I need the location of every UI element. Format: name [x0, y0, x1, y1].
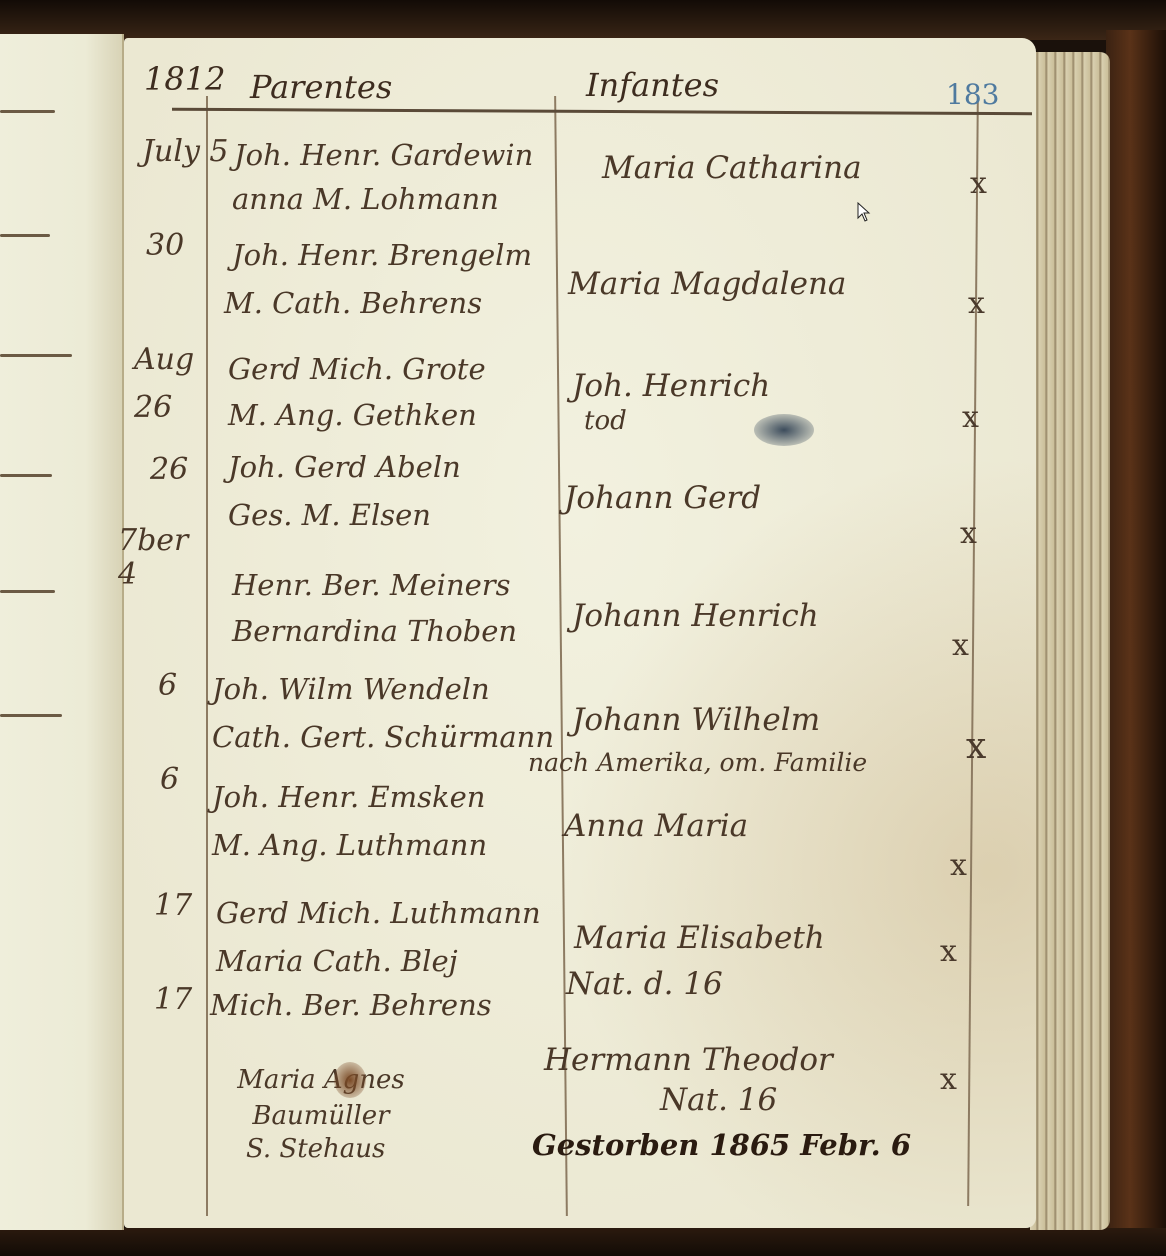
infant-note: nach Amerika, om. Familie — [528, 748, 867, 777]
parent-mother: Bernardina Thoben — [232, 614, 517, 648]
left-page-rule — [0, 714, 62, 717]
infant-name: Johann Wilhelm — [572, 702, 820, 738]
infant-name: Johann Henrich — [572, 598, 819, 634]
infants-heading: Infantes — [586, 66, 719, 104]
year-heading: 1812 — [144, 60, 225, 98]
entry-mark: x — [962, 400, 979, 435]
infant-name: Johann Gerd — [564, 480, 761, 516]
parent-mother: M. Cath. Behrens — [224, 286, 482, 320]
entry-mark: x — [970, 166, 987, 201]
entry-mark: x — [950, 848, 967, 883]
infant-note: Nat. 16 — [660, 1082, 777, 1118]
infant-note: tod — [584, 406, 627, 436]
left-page-rule — [0, 234, 50, 237]
parent-father: Joh. Gerd Abeln — [228, 450, 461, 484]
parent-father: Joh. Henr. Gardewin — [234, 138, 533, 172]
entry-date: 6 — [160, 762, 179, 797]
parent-father: Joh. Wilm Wendeln — [212, 672, 490, 706]
infant-name: Joh. Henrich — [572, 368, 770, 404]
register-page: 1812 Parentes Infantes 183 July 5 Joh. H… — [124, 38, 1036, 1228]
entry-date: 7ber 4 — [118, 524, 198, 592]
entry-mark: x — [960, 516, 977, 551]
book-cover-top — [0, 0, 1166, 40]
ink-smudge — [754, 414, 814, 446]
parent-father: Joh. Henr. Emsken — [212, 780, 485, 814]
mouse-pointer-icon — [857, 202, 871, 222]
parent-mother: Maria Cath. Blej — [216, 944, 458, 978]
date-column-divider — [206, 96, 208, 1216]
left-page-rule — [0, 474, 52, 477]
entry-date: 17 — [154, 982, 192, 1017]
header-rule — [172, 108, 1032, 116]
death-note: Gestorben 1865 Febr. 6 — [532, 1128, 911, 1162]
book-cover-right — [1106, 30, 1166, 1256]
entry-mark: x — [968, 286, 985, 321]
entry-date: July 5 — [142, 134, 229, 169]
parent-father: Gerd Mich. Grote — [228, 352, 486, 386]
left-page-rule — [0, 590, 55, 593]
parent-mother: Cath. Gert. Schürmann — [212, 720, 554, 754]
book-cover-bottom — [0, 1228, 1166, 1256]
parent-mother: Maria Agnes Baumüller — [206, 1062, 436, 1134]
parent-mother: M. Ang. Gethken — [228, 398, 477, 432]
infant-name: Maria Catharina — [602, 150, 862, 186]
left-page-rule — [0, 110, 55, 113]
entry-mark: x — [966, 726, 986, 767]
left-page-rule — [0, 354, 72, 357]
page-number: 183 — [946, 78, 999, 111]
parent-father: Joh. Henr. Brengelm — [232, 238, 532, 272]
entry-date: Aug 26 — [134, 336, 214, 432]
parent-father: Mich. Ber. Behrens — [210, 988, 492, 1022]
page-edges — [1030, 52, 1110, 1230]
witness-name: S. Stehaus — [246, 1134, 385, 1164]
parent-father: Gerd Mich. Luthmann — [216, 896, 541, 930]
infant-name: Maria Elisabeth — [574, 920, 825, 956]
ink-stain — [334, 1062, 366, 1098]
entry-mark: x — [940, 1062, 957, 1097]
entry-date: 26 — [150, 452, 188, 487]
left-page — [0, 34, 124, 1230]
parent-mother: M. Ang. Luthmann — [212, 828, 487, 862]
parent-mother: anna M. Lohmann — [232, 182, 499, 216]
infant-name: Hermann Theodor — [544, 1042, 833, 1078]
entry-date: 6 — [158, 668, 177, 703]
entry-date: 17 — [154, 888, 192, 923]
parent-mother: Ges. M. Elsen — [228, 498, 431, 532]
parents-heading: Parentes — [250, 68, 392, 106]
infant-name: Anna Maria — [564, 808, 748, 844]
infant-name: Maria Magdalena — [568, 266, 846, 302]
entry-date: 30 — [146, 228, 184, 263]
entry-mark: x — [952, 628, 969, 663]
infant-note: Nat. d. 16 — [566, 966, 723, 1002]
parent-father: Henr. Ber. Meiners — [232, 568, 511, 602]
entry-mark: x — [940, 934, 957, 969]
